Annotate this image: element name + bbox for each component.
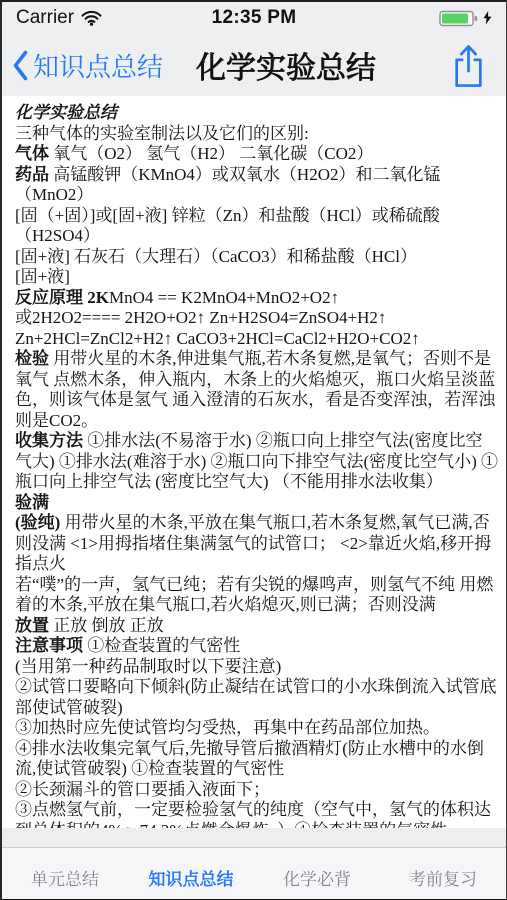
document-line: 若“噗”的一声，氢气已纯；若有尖锐的爆鸣声，则氢气不纯 用燃 bbox=[15, 575, 496, 596]
document-line: 色，则该气体是氢气 通入澄清的石灰水，看是否变浑浊，若浑浊 bbox=[15, 390, 496, 411]
tab-label: 考前复习 bbox=[409, 865, 477, 890]
tab-chemistry-must-know[interactable]: 化学必背 bbox=[254, 848, 380, 899]
share-icon bbox=[451, 43, 486, 89]
document-line: 收集方法 ①排水法(不易溶于水) ②瓶口向上排空气法(密度比空 bbox=[15, 431, 496, 452]
tab-label: 化学必背 bbox=[283, 865, 351, 890]
document-line: 验满 bbox=[15, 493, 496, 514]
document-line: 反应原理 2KMnO4 == K2MnO4+MnO2+O2↑ bbox=[15, 288, 496, 309]
document-line: 注意事项 ①检查装置的气密性 bbox=[15, 636, 496, 657]
document-line: 则没满 <1>用拇指堵住集满氢气的试管口； <2>靠近火焰,移开拇 bbox=[15, 534, 496, 555]
document-line: 三种气体的实验室制法以及它们的区别: bbox=[15, 124, 496, 145]
document-line: 氧气 点燃木条，伸入瓶内，木条上的火焰熄灭，瓶口火焰呈淡蓝 bbox=[15, 370, 496, 391]
document-line: 气大) ①排水法(难溶于水) ②瓶口向下排空气法(密度比空气小) ① bbox=[15, 452, 496, 473]
document-line: 瓶口向上排空气法 (密度比空气大) （不能用排水法收集） bbox=[15, 472, 496, 493]
document-line: [固（+固）]或[固+液] 锌粒（Zn）和盐酸（HCl）或稀硫酸 bbox=[15, 206, 496, 227]
tab-knowledge-summary[interactable]: 知识点总结 bbox=[128, 848, 254, 899]
carrier-label: Carrier bbox=[16, 7, 74, 29]
document-line: 检验 用带火星的木条,伸进集气瓶,若木条复燃,是氧气；否则不是 bbox=[15, 349, 496, 370]
document-line: Zn+2HCl=ZnCl2+H2↑ CaCO3+2HCl=CaCl2+H2O+C… bbox=[15, 329, 496, 350]
document-line: 着的木条,平放在集气瓶口,若火焰熄灭,则已满；否则没满 bbox=[15, 595, 496, 616]
document-line: 部使试管破裂) bbox=[15, 698, 496, 719]
document-line: [固+液] 石灰石（大理石）（CaCO3）和稀盐酸（HCl） bbox=[15, 247, 496, 268]
tab-label: 单元总结 bbox=[31, 865, 99, 890]
document-line: [固+液] bbox=[15, 267, 496, 288]
document-line: ③加热时应先使试管均匀受热，再集中在药品部位加热。 bbox=[15, 718, 496, 739]
document-line: （MnO2） bbox=[15, 185, 496, 206]
document-line: ②试管口要略向下倾斜(防止凝结在试管口的小水珠倒流入试管底 bbox=[15, 677, 496, 698]
tab-bar-top-band bbox=[2, 828, 506, 847]
document-line: ②长颈漏斗的管口要插入液面下； bbox=[15, 780, 496, 801]
share-button[interactable] bbox=[446, 40, 490, 92]
document-line: 到总体积的4%～74.2%点燃会爆炸。）④检查装置的气密性 bbox=[15, 821, 496, 829]
wifi-icon bbox=[81, 10, 102, 26]
document-line: (验纯) 用带火星的木条,平放在集气瓶口,若木条复燃,氧气已满,否 bbox=[15, 513, 496, 534]
document-view[interactable]: 化学实验总结三种气体的实验室制法以及它们的区别:气体 氧气（O2） 氢气（H2）… bbox=[2, 96, 506, 828]
charging-bolt-icon bbox=[483, 11, 492, 25]
page-title: 化学实验总结 bbox=[90, 34, 482, 96]
document-line: ④排水法收集完氧气后,先撤导管后撤酒精灯(防止水槽中的水倒 bbox=[15, 739, 496, 760]
tab-exam-review[interactable]: 考前复习 bbox=[380, 848, 506, 899]
document-lines: 化学实验总结三种气体的实验室制法以及它们的区别:气体 氧气（O2） 氢气（H2）… bbox=[15, 103, 496, 828]
document-line: 化学实验总结 bbox=[15, 103, 496, 124]
status-bar: Carrier 12:35 PM bbox=[2, 2, 506, 34]
document-line: 气体 氧气（O2） 氢气（H2） 二氧化碳（CO2） bbox=[15, 144, 496, 165]
chevron-left-icon bbox=[12, 50, 28, 81]
document-line: 放置 正放 倒放 正放 bbox=[15, 616, 496, 637]
document-line: 指点火 bbox=[15, 554, 496, 575]
document-line: 流,使试管破裂) ①检查装置的气密性 bbox=[15, 759, 496, 780]
document-line: ③点燃氢气前，一定要检验氢气的纯度（空气中，氢气的体积达 bbox=[15, 800, 496, 821]
tab-bar: 单元总结知识点总结化学必背考前复习 bbox=[2, 847, 506, 899]
document-line: (当用第一种药品制取时以下要注意) bbox=[15, 657, 496, 678]
navigation-bar: 知识点总结 化学实验总结 bbox=[2, 34, 506, 97]
battery-icon bbox=[439, 10, 479, 27]
document-line: （H2SO4） bbox=[15, 226, 496, 247]
tab-label: 知识点总结 bbox=[149, 865, 234, 890]
app-window: Carrier 12:35 PM bbox=[0, 0, 507, 900]
document-line: 则是CO2。 bbox=[15, 411, 496, 432]
document-line: 或2H2O2==== 2H2O+O2↑ Zn+H2SO4=ZnSO4+H2↑ bbox=[15, 308, 496, 329]
tab-unit-summary[interactable]: 单元总结 bbox=[2, 848, 128, 899]
document-line: 药品 高锰酸钾（KMnO4）或双氧水（H2O2）和二氧化锰 bbox=[15, 165, 496, 186]
